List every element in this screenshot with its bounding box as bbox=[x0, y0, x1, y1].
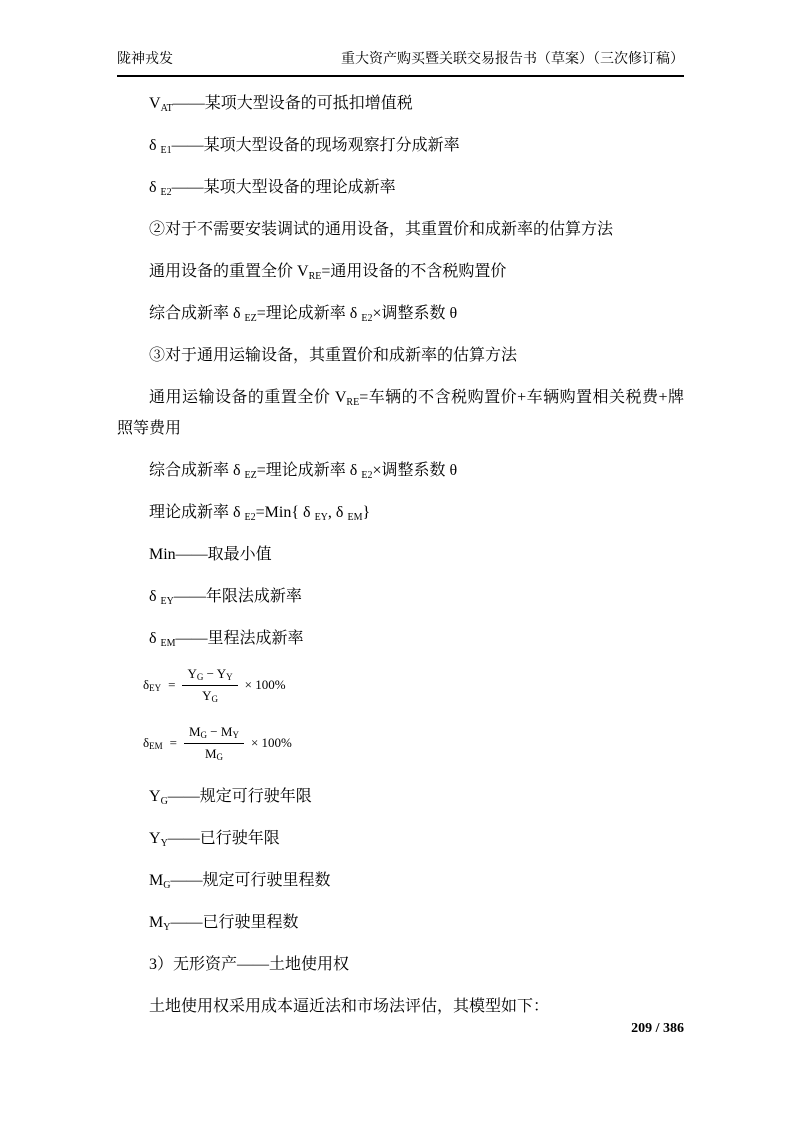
fraction: YG − YYYG bbox=[182, 666, 237, 704]
page-number: 209 / 386 bbox=[631, 1021, 684, 1036]
paragraph-4: ②对于不需要安装调试的通用设备，其重置价和成新率的估算方法 bbox=[117, 214, 684, 245]
header-report-title: 重大资产购买暨关联交易报告书（草案）（三次修订稿） bbox=[341, 50, 684, 70]
paragraph-13: δ EM——里程法成新率 bbox=[117, 623, 684, 654]
paragraph-9: 综合成新率 δ EZ=理论成新率 δ E2×调整系数 θ bbox=[117, 455, 684, 486]
equation-1: δEY=YG − YYYG× 100% bbox=[117, 665, 684, 705]
equation-2: δEM=MG − MYMG× 100% bbox=[117, 723, 684, 763]
document-body: VAT——某项大型设备的可抵扣增值税δ E1——某项大型设备的现场观察打分成新率… bbox=[117, 88, 684, 1033]
paragraph-18: MG——规定可行驶里程数 bbox=[117, 865, 684, 896]
fraction: MG − MYMG bbox=[184, 724, 244, 762]
document-page: 陇神戎发 重大资产购买暨关联交易报告书（草案）（三次修订稿） VAT——某项大型… bbox=[0, 0, 793, 1122]
paragraph-17: YY——已行驶年限 bbox=[117, 823, 684, 854]
page-footer: 209 / 386 bbox=[117, 1021, 684, 1037]
paragraph-12: δ EY——年限法成新率 bbox=[117, 581, 684, 612]
paragraph-16: YG——规定可行驶年限 bbox=[117, 781, 684, 812]
paragraph-2: δ E1——某项大型设备的现场观察打分成新率 bbox=[117, 130, 684, 161]
paragraph-5: 通用设备的重置全价 VRE=通用设备的不含税购置价 bbox=[117, 256, 684, 287]
paragraph-21: 土地使用权采用成本逼近法和市场法评估，其模型如下： bbox=[117, 991, 684, 1022]
paragraph-6: 综合成新率 δ EZ=理论成新率 δ E2×调整系数 θ bbox=[117, 298, 684, 329]
paragraph-19: MY——已行驶里程数 bbox=[117, 907, 684, 938]
header-company-name: 陇神戎发 bbox=[117, 50, 173, 70]
paragraph-7: ③对于通用运输设备，其重置价和成新率的估算方法 bbox=[117, 340, 684, 371]
paragraph-3: δ E2——某项大型设备的理论成新率 bbox=[117, 172, 684, 203]
paragraph-11: Min——取最小值 bbox=[117, 539, 684, 570]
page-header: 陇神戎发 重大资产购买暨关联交易报告书（草案）（三次修订稿） bbox=[117, 50, 684, 77]
paragraph-10: 理论成新率 δ E2=Min{ δ EY, δ EM} bbox=[117, 497, 684, 528]
paragraph-8: 通用运输设备的重置全价 VRE=车辆的不含税购置价+车辆购置相关税费+牌照等费用 bbox=[117, 382, 684, 444]
paragraph-20: 3）无形资产——土地使用权 bbox=[117, 949, 684, 980]
paragraph-1: VAT——某项大型设备的可抵扣增值税 bbox=[117, 88, 684, 119]
